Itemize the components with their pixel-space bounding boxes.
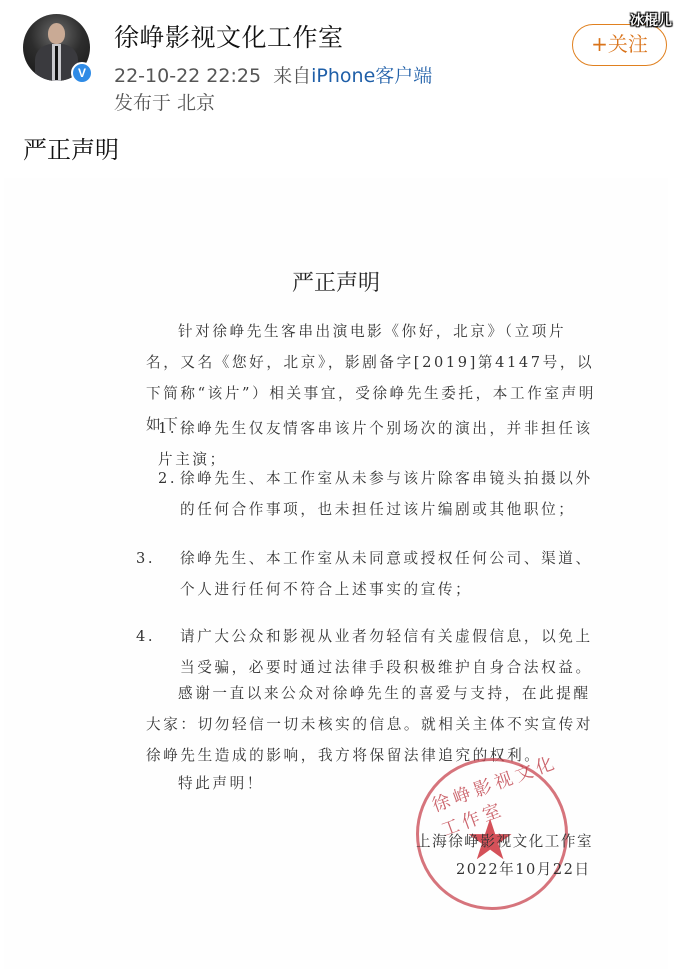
avatar-tie-shape — [55, 46, 58, 80]
post-timestamp: 22-10-22 22:25 — [114, 65, 261, 87]
signature-date: 2022年10月22日 — [456, 858, 591, 879]
item-text: 徐峥先生仅友情客串该片个别场次的演出，并非担任该片主演； — [158, 420, 593, 468]
verified-badge-icon: V — [71, 62, 93, 84]
post-header: V 徐峥影视文化工作室 22-10-22 22:25 来自iPhone客户端 发… — [0, 0, 690, 120]
source-link[interactable]: iPhone客户端 — [311, 65, 432, 87]
source-prefix: 来自 — [273, 65, 311, 87]
post-meta: 22-10-22 22:25 来自iPhone客户端 — [114, 61, 432, 88]
username[interactable]: 徐峥影视文化工作室 — [114, 18, 344, 54]
signature-organization: 上海徐峥影视文化工作室 — [416, 830, 593, 851]
watermark: 冰棍儿 — [630, 10, 672, 30]
statement-document: 严正声明 针对徐峥先生客串出演电影《你好，北京》（立项片名，又名《您好，北京》，… — [4, 178, 668, 969]
item-number: 3. — [158, 543, 180, 574]
post-location: 发布于 北京 — [114, 88, 215, 115]
document-item: 3.徐峥先生、本工作室从未同意或授权任何公司、渠道、个人进行任何不符合上述事实的… — [158, 543, 598, 605]
item-number: 1. — [158, 413, 180, 444]
item-text: 徐峥先生、本工作室从未参与该片除客串镜头拍摄以外的任何合作事项，也未担任过该片编… — [180, 470, 593, 518]
document-item: 2.徐峥先生、本工作室从未参与该片除客串镜头拍摄以外的任何合作事项，也未担任过该… — [158, 463, 598, 525]
item-number: 4. — [158, 621, 180, 652]
follow-button[interactable]: +关注 — [572, 24, 667, 66]
item-text: 请广大公众和影视从业者勿轻信有关虚假信息，以免上当受骗，必要时通过法律手段积极维… — [180, 628, 593, 676]
statement-image[interactable]: 严正声明 针对徐峥先生客串出演电影《你好，北京》（立项片名，又名《您好，北京》，… — [4, 178, 668, 969]
avatar[interactable]: V — [23, 14, 90, 81]
post-text: 严正声明 — [23, 130, 119, 165]
document-title: 严正声明 — [4, 266, 668, 297]
document-item: 4.请广大公众和影视从业者勿轻信有关虚假信息，以免上当受骗，必要时通过法律手段积… — [158, 621, 598, 683]
item-number: 2. — [158, 463, 180, 494]
item-text: 徐峥先生、本工作室从未同意或授权任何公司、渠道、个人进行任何不符合上述事实的宣传… — [180, 550, 593, 598]
avatar-head-shape — [48, 23, 65, 44]
